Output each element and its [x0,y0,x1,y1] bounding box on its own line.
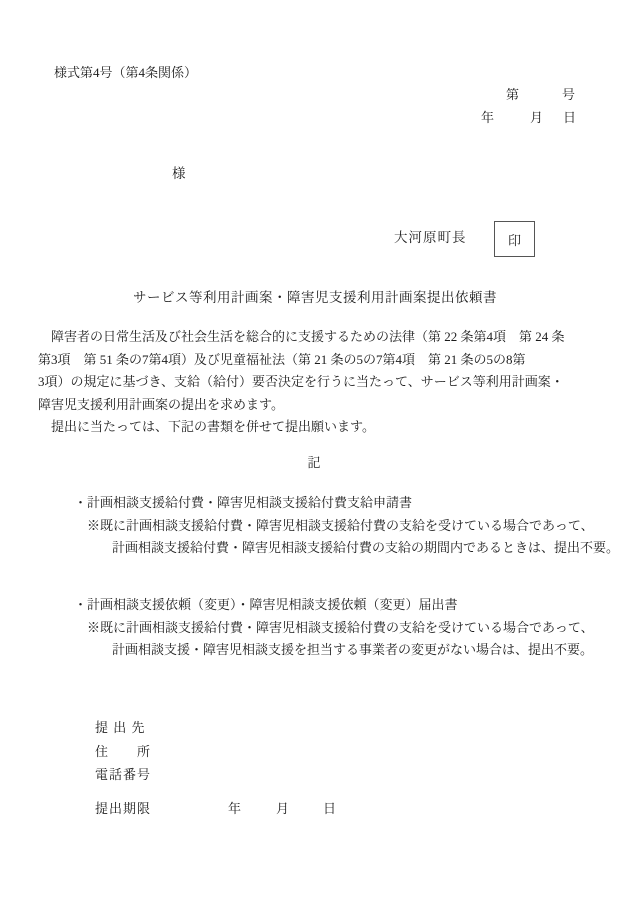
seal-label: 印 [508,230,521,249]
checklist-item: ・計画相談支援給付費・障害児相談支援給付費支給申請書 ※既に計画相談支援給付費・… [74,492,614,560]
seal-box: 印 [494,221,535,257]
deadline-day-label: 日 [323,800,336,818]
body-line: 第3項 第 51 条の7第4項）及び児童福祉法（第 21 条の5の7第4項 第 … [38,349,598,372]
body-paragraph: 障害者の日常生活及び社会生活を総合的に支援するための法律（第 22 条第4項 第… [38,326,598,439]
deadline-label: 提出期限 [95,800,151,818]
form-number: 様式第4号（第4条関係） [54,64,197,82]
item-note-line1: ※既に計画相談支援給付費・障害児相談支援給付費の支給を受けている場合であって、 [87,617,614,640]
doc-number-prefix: 第 [506,86,519,104]
body-line: 提出に当たっては、下記の書類を併せて提出願います。 [38,416,598,439]
deadline-month-label: 月 [276,800,289,818]
phone-label: 電話番号 [95,766,151,784]
document-title: サービス等利用計画案・障害児支援利用計画案提出依頼書 [0,286,630,306]
item-note-line1: ※既に計画相談支援給付費・障害児相談支援給付費の支給を受けている場合であって、 [87,515,614,538]
item-note-line2: 計画相談支援給付費・障害児相談支援給付費の支給の期間内であるときは、提出不要。 [112,537,614,560]
body-line: 3項）の規定に基づき、支給（給付）要否決定を行うに当たって、サービス等利用計画案… [38,371,598,394]
submit-to-label: 提 出 先 [95,719,146,737]
addressee-honorific: 様 [172,165,186,183]
body-line: 障害者の日常生活及び社会生活を総合的に支援するための法律（第 22 条第4項 第… [38,326,598,349]
issue-date-day-label: 日 [563,109,576,127]
item-note-line2: 計画相談支援・障害児相談支援を担当する事業者の変更がない場合は、提出不要。 [112,639,614,662]
item-bullet: ・計画相談支援給付費・障害児相談支援給付費支給申請書 [74,492,614,515]
ki-heading: 記 [0,452,630,471]
issuer-title: 大河原町長 [394,229,467,247]
body-line: 障害児支援利用計画案の提出を求めます。 [38,394,598,417]
doc-number-suffix: 号 [562,86,575,104]
deadline-year-label: 年 [228,800,241,818]
checklist-item: ・計画相談支援依頼（変更）・障害児相談支援依頼（変更）届出書 ※既に計画相談支援… [74,594,614,662]
item-bullet: ・計画相談支援依頼（変更）・障害児相談支援依頼（変更）届出書 [74,594,614,617]
document-page: 様式第4号（第4条関係） 第 号 年 月 日 様 大河原町長 印 サービス等利用… [0,0,630,915]
issue-date-month-label: 月 [530,109,543,127]
address-label: 住 所 [95,743,151,761]
issue-date-year-label: 年 [481,109,494,127]
